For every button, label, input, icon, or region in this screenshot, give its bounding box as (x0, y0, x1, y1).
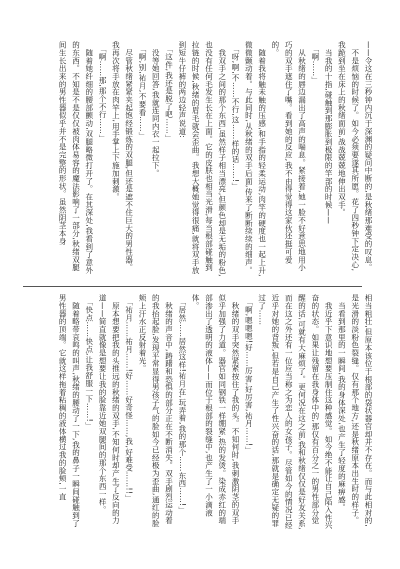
paragraph: 尽管秋绪紧紧夹起饱经锻炼的双腿,但还是遮不住巨大的男性器。我再次将手放在肉竿上,… (109, 41, 136, 279)
text-block-top: ——令这在三秒钟内沉于深渊的疑问中断的,是秋绪那难受的叹息。 不是烦恼的时候了。… (25, 41, 375, 279)
paragraph: 我近乎下意识地想要压制住这种感觉。如今绝不能让自己陷入性兴奋的状态。如果让残留在… (255, 294, 335, 532)
paragraph: 当看到那里的一瞬间,我的身体深处,也产生了轻度的麻痹感。 (335, 294, 348, 532)
paragraph: ——令这在三秒钟内沉于深渊的疑问中断的,是秋绪那难受的叹息。 (362, 41, 375, 279)
paragraph: 「呀,啊,不……不行,这……样的话……!」 (229, 41, 242, 279)
paragraph: 秋绪的声音中,踌躇和恐惧的部分正在不断消失。双手剧烈运动着的我抬起脸,发现平常显… (136, 294, 176, 532)
paragraph: 「啊……」 (309, 41, 322, 279)
paragraph: 「居然……居然这样!祐月在,玩弄着,我的那个……东西……!」 (176, 294, 189, 532)
paragraph: 「快点……快点,让我舒服一下……!」 (82, 294, 95, 532)
paragraph: 随着她纤细的腰部颤动,双腿略微打开了。在其深处,我看到了意外的东西。不知是不是仅… (56, 41, 96, 279)
paragraph: 「这件,我还是脱了吧……」 (162, 41, 175, 279)
paragraph: 没等她回答,我就连同内衣一起拉下。 (149, 41, 162, 279)
paragraph: 随着我将触未触的压感,和手指的轻柔运动,肉竿的硬度也一起上升,微微颤动着。与此同… (242, 41, 269, 279)
paragraph: 相当粗壮,但原本该位于根部的袋状器官却并不存在。而与此相对的,是光滑的淡粉色裂缝… (348, 294, 375, 532)
novel-page: ——令这在三秒钟内沉于深渊的疑问中断的,是秋绪那难受的叹息。 不是烦恼的时候了。… (0, 0, 400, 569)
paragraph: 随着略带哀鸣的叫声,秋绪的腰动了一下,我的鼻子一瞬间碰触到了男性器的顶端。它就这… (56, 294, 83, 532)
paragraph: 从秋绪的唇边漏出了高声的喘息。紧接着,她一脸不好意思地用小巧的双手遮住了嘴。看到… (269, 41, 309, 279)
paragraph: 「啊……那,那个不行……」 (96, 41, 109, 279)
paragraph: 原本想要把我的头推远的秋绪的双手,不知何时却产生了反向的力道——简直就像是想要让… (96, 294, 123, 532)
paragraph: 不是烦恼的时候了。如今必须要遂其所愿。花了四秒钟下定决心,我跪到坐在床上的秋绪面… (335, 41, 362, 279)
text-block-bottom: 相当粗壮,但原本该位于根部的袋状器官却并不存在。而与此相对的,是光滑的淡粉色裂缝… (25, 294, 375, 532)
paragraph: 当我的十指,碰触到那膨胀到极限的竿部的时候—— (322, 41, 335, 279)
paragraph: 「啊,别,祐月,不要看……」 (136, 41, 149, 279)
paragraph: 秋绪的双手突然紧紧按住了我的头。不知何时,我刺激阴茎的双手似乎加强了力道。器官如… (189, 294, 242, 532)
paragraph: 「祐月……祐月……!好……好奇怪……,我,好难受……!!」 (122, 294, 135, 532)
paragraph: 我双手之间的那个东西,虽然样子相当漂亮,但颜色却是无垢的粉色,也没有任何毛发生长… (176, 41, 229, 279)
paragraph: 「啊,嗯嗯嗯!好……厉害,好厉害,祐月……!」 (242, 294, 255, 532)
block-divider-rule (23, 286, 362, 287)
